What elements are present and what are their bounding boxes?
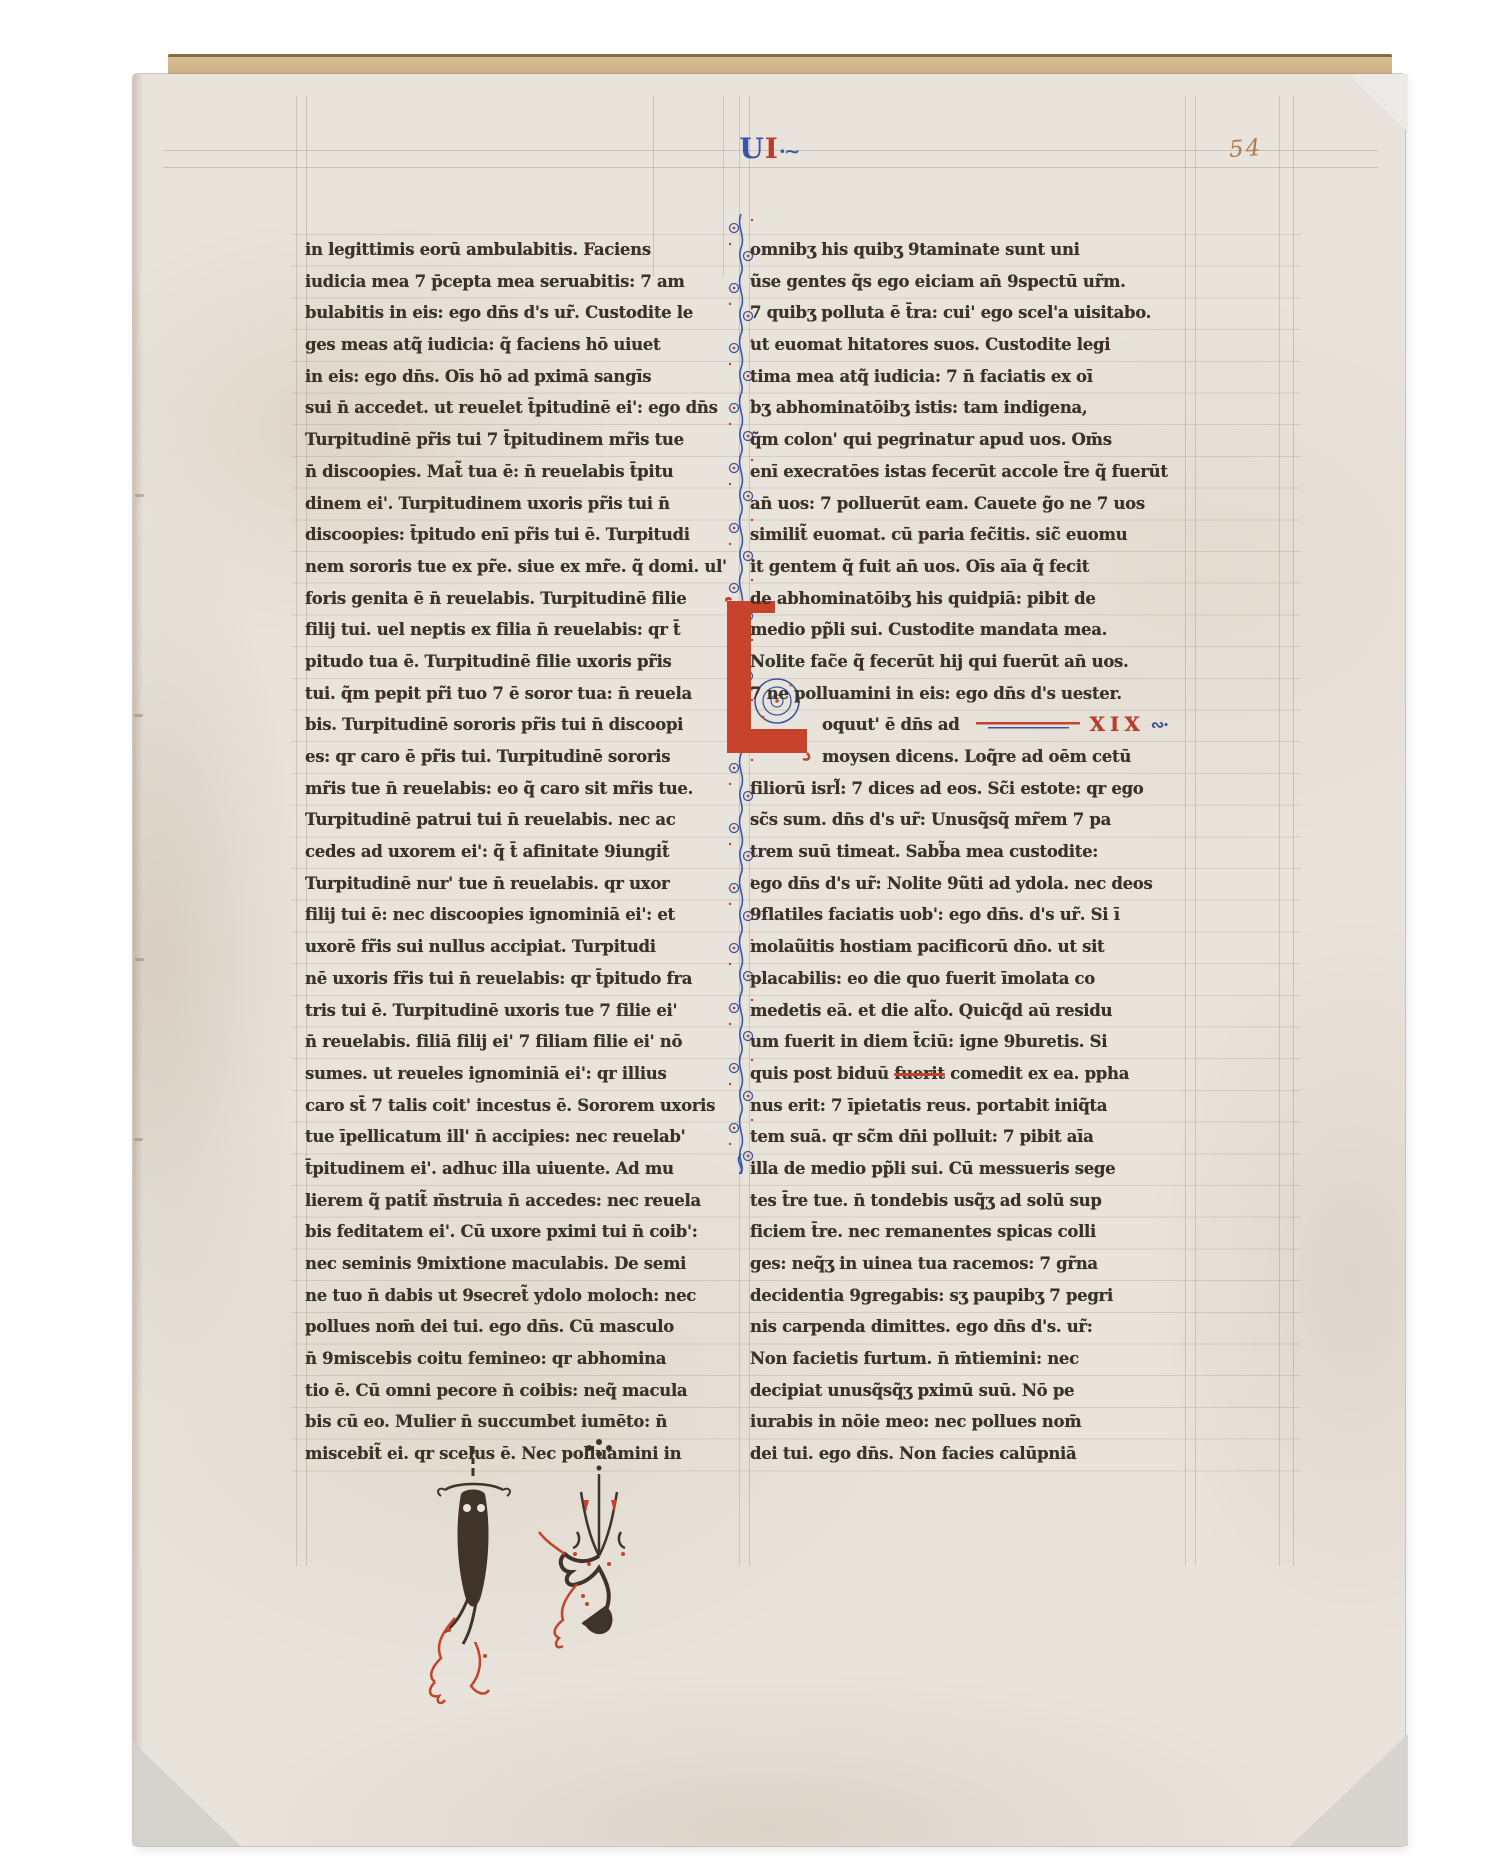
running-title-left-letter: U: [739, 132, 764, 165]
header-ruling: [163, 167, 1378, 168]
text-line: decidentia 9gregabis: sʒ paupibʒ 7 pegri: [750, 1280, 1198, 1312]
text-line: 9flatiles faciatis uob': ego dn̄s. d's u…: [750, 899, 1198, 931]
expunged-word: fuerit: [894, 1064, 944, 1083]
text-line: tio ē. Cū omni pecore n̄ coibis: neq̃ ma…: [305, 1375, 742, 1407]
text-line: it gentem q̃ fuit an̄ uos. Oīs aīa q̃ fe…: [750, 551, 1198, 583]
text-line: Nolite fac̃e q̃ fecerūt hij qui fuerūt a…: [750, 646, 1198, 678]
line-text: comedit ex ea. ppha: [945, 1064, 1129, 1083]
text-line: dei tui. ego dn̄s. Non facies calūpniā: [750, 1438, 1198, 1470]
text-line: medio pp̃li sui. Custodite mandata mea.: [750, 614, 1198, 646]
text-line: n̄ reuelabis. filiā filij ei' 7 filiam f…: [305, 1026, 742, 1058]
line-text: moysen dicens. Loq̃re ad oēm cetū: [822, 747, 1131, 766]
text-line: ego dn̄s d's ur̃: Nolite 9ũti ad ydola. …: [750, 868, 1198, 900]
text-line: pollues nom̄ dei tui. ego dn̄s. Cū mascu…: [305, 1311, 742, 1343]
text-line: molaũitis hostiam pacificorū dn̄o. ut si…: [750, 931, 1198, 963]
text-line: um fuerit in diem t̄ciū: igne 9buretis. …: [750, 1026, 1198, 1058]
text-line: medetis eā. et die alt̃o. Quicq̃d aū res…: [750, 995, 1198, 1027]
text-line: Turpitudinē pr̃is tui 7 t̄pitudinem mr̃i…: [305, 424, 742, 456]
text-line: 7 quibʒ polluta ē t̄ra: cui' ego scel'a …: [750, 297, 1198, 329]
sewing-hole: [134, 714, 143, 717]
text-line: tui. q̃m pepit pr̃i tuo 7 ē soror tua: n…: [305, 678, 742, 710]
text-line: nus erit: 7 īpietatis reus. portabit ini…: [750, 1090, 1198, 1122]
text-line: ne tuo n̄ dabis ut 9secret̃ ydolo moloch…: [305, 1280, 742, 1312]
text-line: bis. Turpitudinē sororis pr̃is tui n̄ di…: [305, 709, 742, 741]
text-line: n̄ discoopies. Mat̃ tua ē: n̄ reuelabis …: [305, 456, 742, 488]
text-line: tem suā. qr sc̃m dn̄i polluit: 7 pibit a…: [750, 1121, 1198, 1153]
text-line: bis feditatem ei'. Cū uxore pximi tui n̄…: [305, 1216, 742, 1248]
text-line: tes t̄re tue. n̄ tondebis usq̃ʒ ad solū …: [750, 1185, 1198, 1217]
text-line: ũse gentes q̃s ego eiciam an̄ 9spectū ur…: [750, 266, 1198, 298]
pen-flourish-left: [425, 1446, 521, 1710]
text-line: q̃m colon' qui pegrinatur apud uos. Om̄s: [750, 424, 1198, 456]
text-line: ges meas atq̃ iudicia: q̃ faciens hō uiu…: [305, 329, 742, 361]
text-line: tris tui ē. Turpitudinē uxoris tue 7 fil…: [305, 995, 742, 1027]
text-line: filij tui ē: nec discoopies ignominiā ei…: [305, 899, 742, 931]
text-line: ficiem t̄re. nec remanentes spicas colli: [750, 1216, 1198, 1248]
text-line: lierem q̃ patit̃ m̄struia n̄ accedes: ne…: [305, 1185, 742, 1217]
ruling-line: [1279, 96, 1280, 1566]
text-line: nis carpenda dimittes. ego dn̄s d's. ur̃…: [750, 1311, 1198, 1343]
photo-corner-mount-bottom-left: [133, 1742, 241, 1846]
text-line: ut euomat hitatores suos. Custodite legi: [750, 329, 1198, 361]
sewing-hole: [135, 494, 144, 497]
rubric-line-filler: [976, 720, 1080, 730]
text-line: similit̃ euomat. cū paria fec̃itis. sic̃…: [750, 519, 1198, 551]
text-line: miscebit̃ ei. qr scelus ē. Nec polluamin…: [305, 1438, 742, 1470]
text-line: 7 ne polluamini in eis: ego dn̄s d's ues…: [750, 678, 1198, 710]
ruling-line: [296, 96, 297, 1566]
text-column-left: in legittimis eorū ambulabitis. Faciensi…: [305, 234, 742, 1470]
text-line: discoopies: t̄pitudo enī pr̃is tui ē. Tu…: [305, 519, 742, 551]
text-line: filij tui. uel neptis ex filia n̄ reuela…: [305, 614, 742, 646]
text-line: enī execratōes istas fecerūt accole t̄re…: [750, 456, 1198, 488]
text-line: bʒ abhominatōibʒ istis: tam indigena,: [750, 392, 1198, 424]
ruling-line: [1293, 96, 1294, 1566]
text-line: Turpitudinē patrui tui n̄ reuelabis. nec…: [305, 804, 742, 836]
text-line: Non facietis furtum. n̄ m̄tiemini: nec: [750, 1343, 1198, 1375]
text-line: omnibʒ his quibʒ 9taminate sunt uni: [750, 234, 1198, 266]
text-line: n̄ 9miscebis coitu femineo: qr abhomina: [305, 1343, 742, 1375]
text-line: mr̃is tue n̄ reuelabis: eo q̃ caro sit m…: [305, 773, 742, 805]
text-line: an̄ uos: 7 polluerūt eam. Cauete g̃o ne …: [750, 488, 1198, 520]
text-line: sc̃s sum. dn̄s d's ur̃: Unusq̃sq̃ mr̃em …: [750, 804, 1198, 836]
text-line: uxorē fr̃is sui nullus accipiat. Turpitu…: [305, 931, 742, 963]
text-line: pitudo tua ē. Turpitudinē filie uxoris p…: [305, 646, 742, 678]
text-line: nem sororis tue ex pr̃e. siue ex mr̃e. q…: [305, 551, 742, 583]
sewing-hole: [135, 958, 144, 961]
text-line: tue īpellicatum ill' n̄ accipies: nec re…: [305, 1121, 742, 1153]
folio-number: 54: [1228, 135, 1263, 163]
text-line: iudicia mea 7 p̄cepta mea seruabitis: 7 …: [305, 266, 742, 298]
sewing-hole: [134, 1138, 143, 1141]
text-line: iurabis in nōie meo: nec pollues nom̄: [750, 1406, 1198, 1438]
pen-flourish-right: [537, 1436, 647, 1688]
text-line: nē uxoris fr̃is tui n̄ reuelabis: qr t̄p…: [305, 963, 742, 995]
running-title: UI·∼: [133, 132, 1405, 165]
text-line: placabilis: eo die quo fuerit īmolata co: [750, 963, 1198, 995]
text-line: illa de medio pp̃li sui. Cū messueris se…: [750, 1153, 1198, 1185]
text-line: bulabitis in eis: ego dn̄s d's ur̃. Cust…: [305, 297, 742, 329]
text-line: in legittimis eorū ambulabitis. Faciens: [305, 234, 742, 266]
text-line: oquut' ē dn̄s adXIX∾·: [750, 709, 1198, 741]
text-line: moysen dicens. Loq̃re ad oēm cetū: [750, 741, 1198, 773]
text-line: bis cū eo. Mulier n̄ succumbet iumēto: n…: [305, 1406, 742, 1438]
text-column-right: omnibʒ his quibʒ 9taminate sunt uniũse g…: [750, 234, 1198, 1470]
photo-corner-mount-top-right: [1348, 74, 1408, 132]
text-line: caro st̄ 7 talis coit' incestus ē. Soror…: [305, 1090, 742, 1122]
text-line: sumes. ut reueles ignominiā ei': qr illi…: [305, 1058, 742, 1090]
line-text: oquut' ē dn̄s ad: [822, 709, 960, 741]
text-line: t̄pitudinem ei'. adhuc illa uiuente. Ad …: [305, 1153, 742, 1185]
chapter-number: XIX: [1090, 709, 1145, 741]
text-line: foris genita ē n̄ reuelabis. Turpitudinē…: [305, 583, 742, 615]
running-title-right-letter: I: [765, 132, 779, 165]
text-line: cedes ad uxorem ei': q̃ t̄ afinitate 9iu…: [305, 836, 742, 868]
text-line: in eis: ego dn̄s. Oīs hō ad pximā sangīs: [305, 361, 742, 393]
text-line: sui n̄ accedet. ut reuelet t̄pitudinē ei…: [305, 392, 742, 424]
text-line: trem suū timeat. Sabb̃a mea custodite:: [750, 836, 1198, 868]
text-line: de abhominatōibʒ his quidpiā: pibit de: [750, 583, 1198, 615]
text-line: nec seminis 9mixtione maculabis. De semi: [305, 1248, 742, 1280]
text-line: Turpitudinē nur' tue n̄ reuelabis. qr ux…: [305, 868, 742, 900]
line-text: quis post biduū: [750, 1064, 894, 1083]
text-line: es: qr caro ē pr̃is tui. Turpitudinē sor…: [305, 741, 742, 773]
text-line: dinem ei'. Turpitudinem uxoris pr̃is tui…: [305, 488, 742, 520]
manuscript-leaf: UI·∼ 54 L: [133, 74, 1405, 1846]
running-title-flourish: ·∼: [779, 139, 799, 163]
text-line: quis post biduū fuerit comedit ex ea. pp…: [750, 1058, 1198, 1090]
text-line: ges: neq̃ʒ in uinea tua racemos: 7 gr̃na: [750, 1248, 1198, 1280]
text-line: decipiat unusq̃sq̃ʒ pximū suū. Nō pe: [750, 1375, 1198, 1407]
text-line: filiorū isrl̃: 7 dices ad eos. Sc̃i esto…: [750, 773, 1198, 805]
photo-corner-mount-bottom-right: [1290, 1734, 1408, 1846]
text-line: tima mea atq̃ iudicia: 7 n̄ faciatis ex …: [750, 361, 1198, 393]
rubric-flourish: ∾·: [1151, 709, 1168, 741]
